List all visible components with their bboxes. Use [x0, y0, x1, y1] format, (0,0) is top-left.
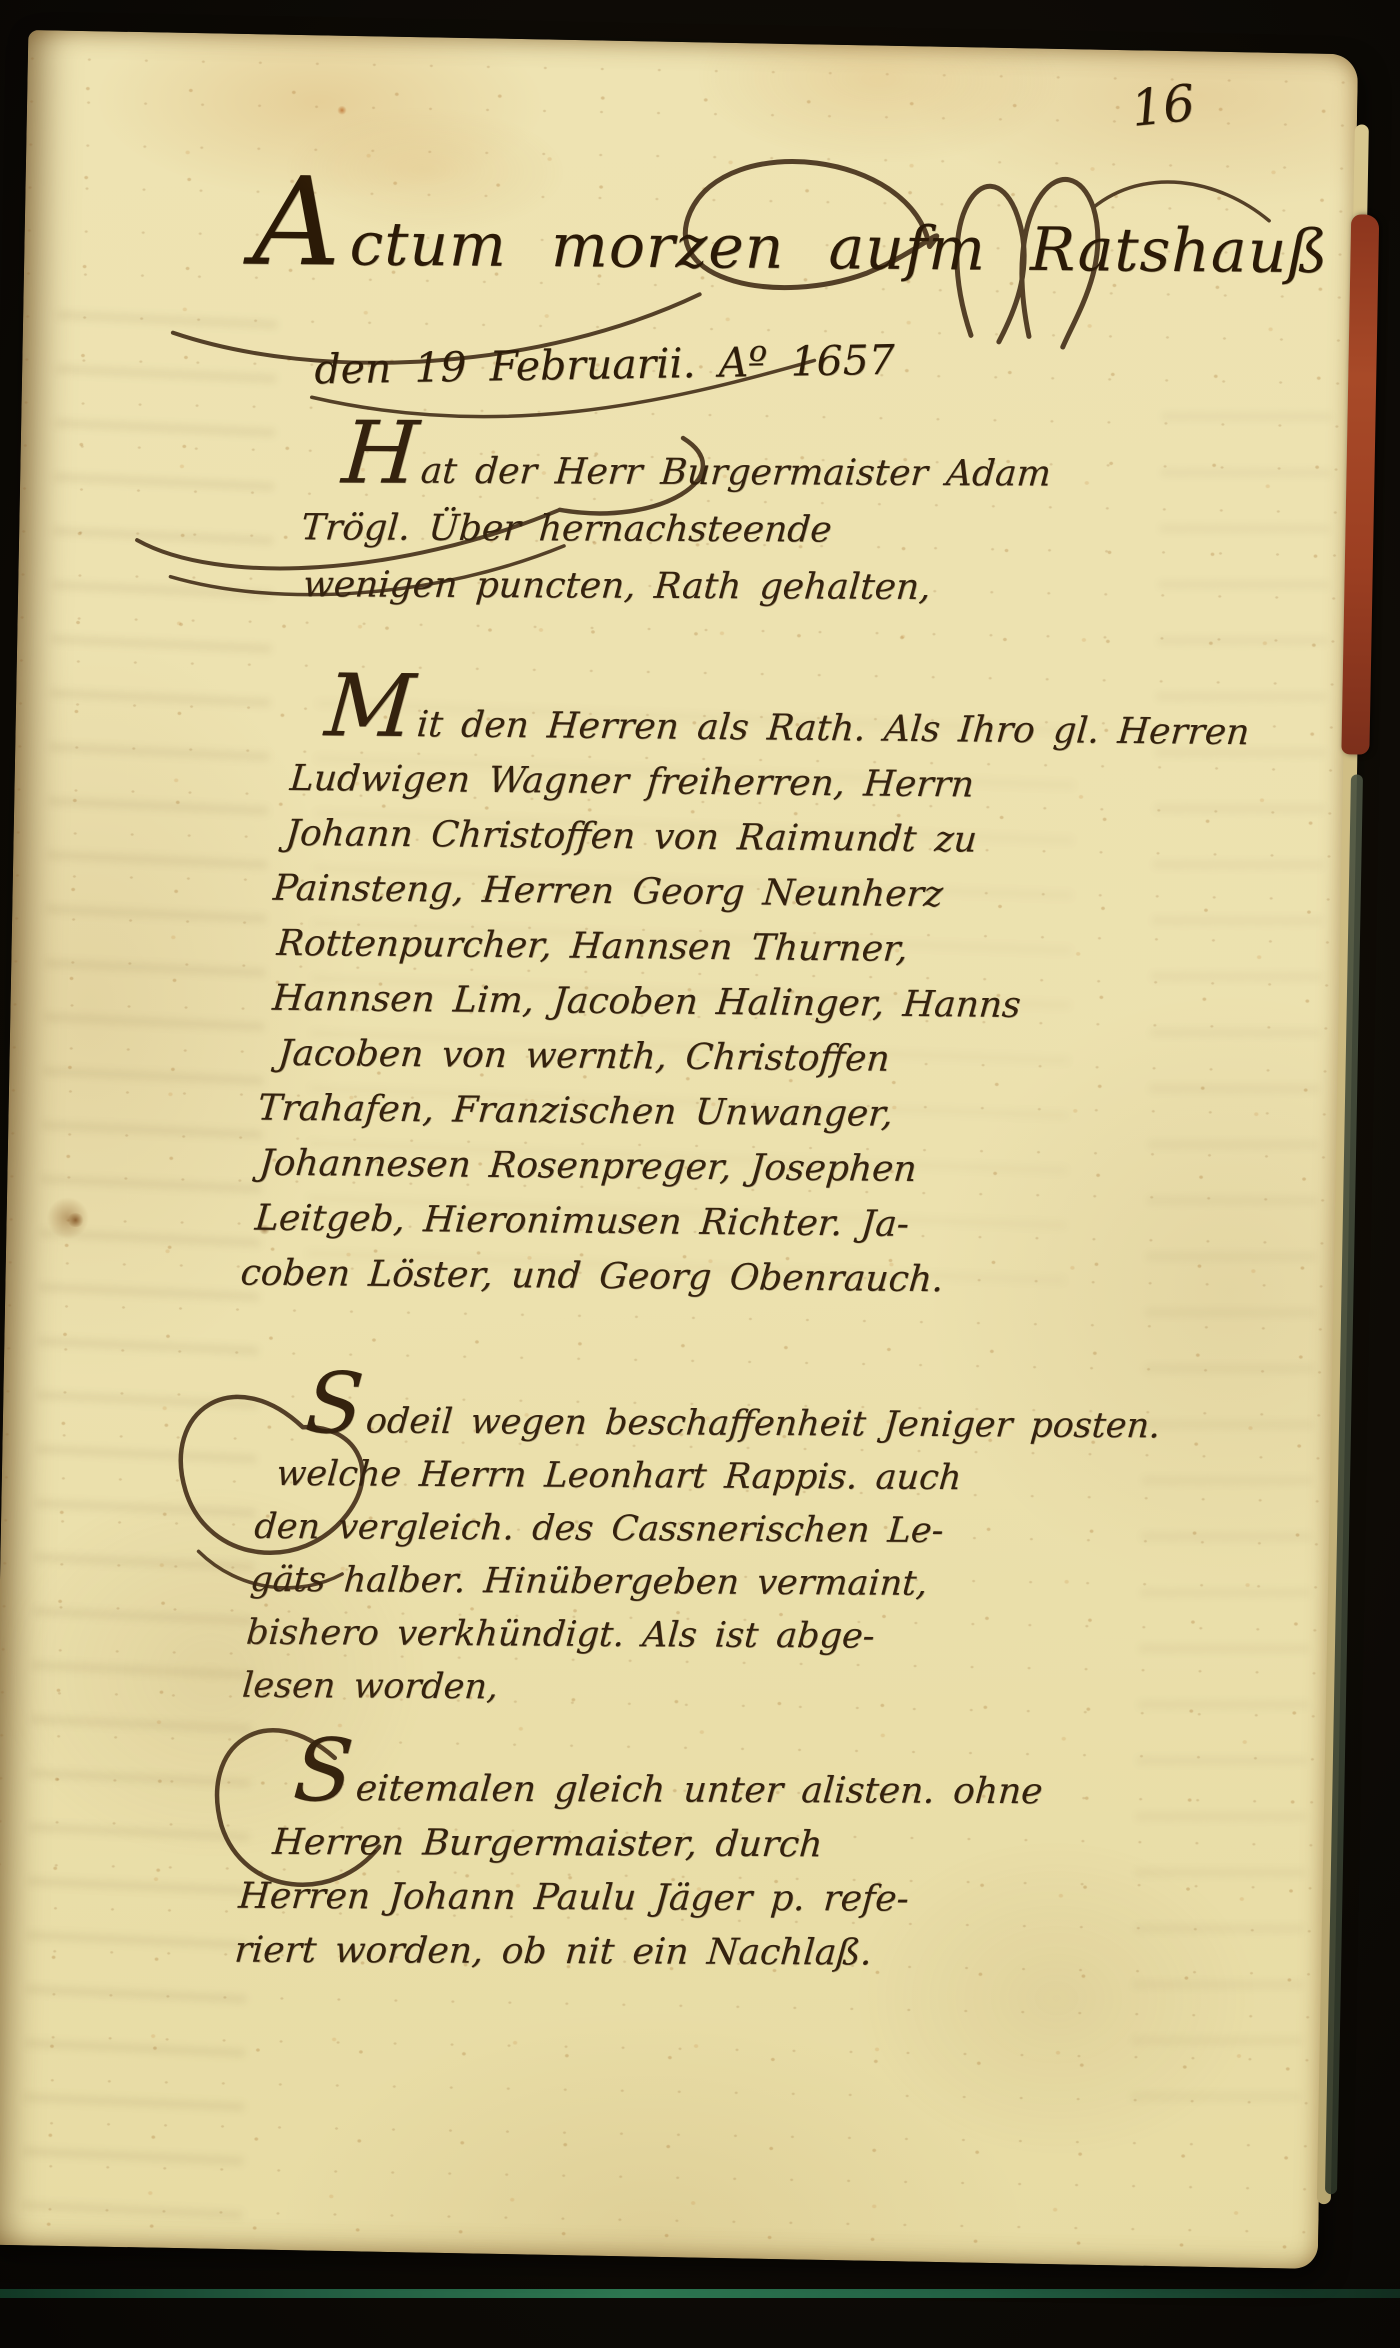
text-line: Herren Burgermaister, durch [271, 1816, 1041, 1873]
text-line: Mit den Herren als Rath. Als Ihro gl. He… [322, 691, 1252, 760]
paragraph-2: Mit den Herren als Rath. Als Ihro gl. He… [249, 691, 1252, 1310]
manuscript-page: 16 Actum morzen aufm Ratshauß den 19 Feb… [0, 30, 1358, 2269]
text-line: Ludwigen Wagner freiherren, Herrn [288, 751, 1247, 815]
photo-background: 16 Actum morzen aufm Ratshauß den 19 Feb… [0, 0, 1400, 2348]
paragraph-4: Seitemalen gleich unter alisten. ohne He… [233, 1756, 1045, 1981]
heading-line-2: den 19 Februarii. Aº 1657 [314, 324, 896, 406]
text-line: Sodeil wegen beschaffenheit Jeniger post… [302, 1388, 1162, 1453]
text-line: Leitgeb, Hieronimusen Richter. Ja- [253, 1191, 1212, 1255]
text-line: Hat der Herr Burgermaister Adam [339, 438, 1053, 502]
text-line: welche Herrn Leonhart Rappis. auch [274, 1448, 1158, 1506]
book-page-edge-red [1341, 214, 1379, 754]
text-line: lesen worden, [240, 1660, 1142, 1718]
heading-line-1: Actum morzen aufm Ratshauß [252, 188, 1329, 308]
text-line: wenigen puncten, Rath gehalten, [301, 556, 1045, 616]
text-line: coben Löster, und Georg Obenrauch. [239, 1246, 1208, 1310]
text-line: Johannesen Rosenpreger, Josephen [257, 1136, 1216, 1200]
paragraph-3: Sodeil wegen beschaffenheit Jeniger post… [240, 1388, 1163, 1718]
text-line: Jacoben von wernth, Christoffen [276, 1026, 1225, 1090]
text-line: Johann Christoffen von Raimundt zu [284, 806, 1243, 870]
text-line: Trahafen, Franzischen Unwanger, [256, 1081, 1221, 1145]
text-line: Seitemalen gleich unter alisten. ohne [291, 1756, 1045, 1819]
text-line: Rottenpurcher, Hannsen Thurner, [275, 916, 1234, 980]
text-line: Painsteng, Herren Georg Neunherz [271, 861, 1238, 925]
text-line: den vergleich. des Cassnerischen Le- [252, 1501, 1154, 1559]
foxing-spot [66, 1213, 84, 1227]
text-line: gäts halber. Hinübergeben vermaint, [248, 1554, 1150, 1612]
text-line: Herren Johann Paulu Jäger p. refe- [237, 1870, 1037, 1927]
foxing-spot [337, 106, 347, 115]
paragraph-1: Hat der Herr Burgermaister Adam Trögl. Ü… [295, 438, 1053, 616]
text-line: Hannsen Lim, Jacoben Halinger, Hanns [270, 971, 1229, 1035]
folio-number: 16 [1128, 74, 1197, 138]
text-line: bishero verkhündigt. Als ist abge- [244, 1607, 1146, 1665]
text-line: riert worden, ob nit ein Nachlaß. [233, 1924, 1033, 1981]
cradle-green-stripe [0, 2289, 1400, 2298]
text-line: Trögl. Über hernachsteende [299, 499, 1049, 559]
